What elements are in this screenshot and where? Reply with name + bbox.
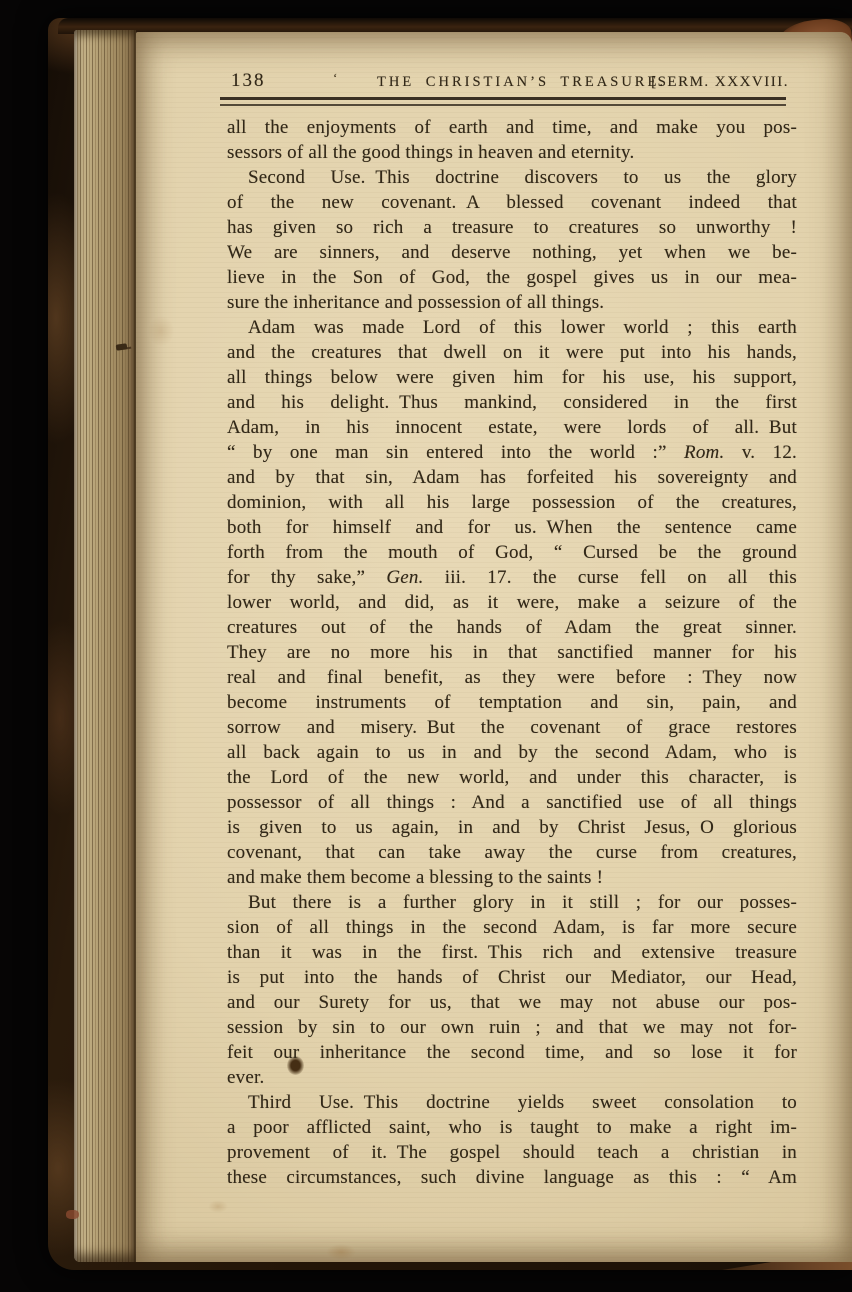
text-line: and make them become a blessing to the s…: [227, 865, 797, 890]
text-line: all the enjoyments of earth and time, an…: [227, 115, 797, 140]
text-line: than it was in the first. This rich and …: [227, 940, 797, 965]
text-line: has given so rich a treasure to creature…: [227, 215, 797, 240]
text-line: Adam, in his innocent estate, were lords…: [227, 415, 797, 440]
fore-edge-page-stack: [74, 30, 136, 1262]
running-title: THE CHRISTIAN’S TREASURE.: [377, 74, 666, 91]
book-cover: 138 ‘ THE CHRISTIAN’S TREASURE. [SERM. X…: [48, 18, 852, 1270]
edge-red-speck: [66, 1210, 79, 1219]
text-line: and the creatures that dwell on it were …: [227, 340, 797, 365]
text-line: both for himself and for us. When the se…: [227, 515, 797, 540]
text-line: a poor afflicted saint, who is taught to…: [227, 1115, 797, 1140]
text-line: sion of all things in the second Adam, i…: [227, 915, 797, 940]
text-line: all things below were given him for his …: [227, 365, 797, 390]
text-line: sessors of all the good things in heaven…: [227, 140, 797, 165]
text-line: covenant, that can take away the curse f…: [227, 840, 797, 865]
header-double-rule: [220, 97, 786, 106]
book-scan-scene: 138 ‘ THE CHRISTIAN’S TREASURE. [SERM. X…: [0, 0, 852, 1292]
text-line: forth from the mouth of God, “ Cursed be…: [227, 540, 797, 565]
text-line: But there is a further glory in it still…: [227, 890, 797, 915]
foxing-stain: [148, 316, 174, 346]
text-line: the Lord of the new world, and under thi…: [227, 765, 797, 790]
text-line: of the new covenant. A blessed covenant …: [227, 190, 797, 215]
text-line: session by sin to our own ruin ; and tha…: [227, 1015, 797, 1040]
text-line: and by that sin, Adam has forfeited his …: [227, 465, 797, 490]
text-line: Third Use. This doctrine yields sweet co…: [227, 1090, 797, 1115]
text-line: ever.: [227, 1065, 797, 1090]
printed-text-block: 138 ‘ THE CHRISTIAN’S TREASURE. [SERM. X…: [227, 66, 797, 1190]
text-line: feit our inheritance the second time, an…: [227, 1040, 797, 1065]
body-text: all the enjoyments of earth and time, an…: [227, 115, 797, 1190]
text-line: for thy sake,” Gen. iii. 17. the curse f…: [227, 565, 797, 590]
text-line: Adam was made Lord of this lower world ;…: [227, 315, 797, 340]
text-line: real and final benefit, as they were bef…: [227, 665, 797, 690]
text-line: lower world, and did, as it were, make a…: [227, 590, 797, 615]
text-line: “ by one man sin entered into the world …: [227, 440, 797, 465]
book-page: 138 ‘ THE CHRISTIAN’S TREASURE. [SERM. X…: [136, 32, 852, 1262]
stray-print-mark: ‘: [333, 70, 337, 86]
text-line: provement of it. The gospel should teach…: [227, 1140, 797, 1165]
text-line: is given to us again, in and by Christ J…: [227, 815, 797, 840]
text-line: We are sinners, and deserve nothing, yet…: [227, 240, 797, 265]
text-line: dominion, with all his large possession …: [227, 490, 797, 515]
text-line: all back again to us in and by the secon…: [227, 740, 797, 765]
text-line: these circumstances, such divine languag…: [227, 1165, 797, 1190]
soft-stain: [208, 1200, 228, 1213]
page-number: 138: [231, 70, 266, 92]
text-line: sure the inheritance and possession of a…: [227, 290, 797, 315]
text-line: lieve in the Son of God, the gospel give…: [227, 265, 797, 290]
sermon-number-label: [SERM. XXXVIII.: [651, 74, 789, 91]
text-line: Second Use. This doctrine discovers to u…: [227, 165, 797, 190]
running-header: 138 ‘ THE CHRISTIAN’S TREASURE. [SERM. X…: [227, 66, 797, 92]
text-line: become instruments of temptation and sin…: [227, 690, 797, 715]
text-line: They are no more his in that sanctified …: [227, 640, 797, 665]
text-line: and our Surety for us, that we may not a…: [227, 990, 797, 1015]
text-line: is put into the hands of Christ our Medi…: [227, 965, 797, 990]
text-line: creatures out of the hands of Adam the g…: [227, 615, 797, 640]
text-line: sorrow and misery. But the covenant of g…: [227, 715, 797, 740]
soft-stain: [326, 1244, 356, 1260]
text-line: possessor of all things : And a sanctifi…: [227, 790, 797, 815]
text-line: and his delight. Thus mankind, considere…: [227, 390, 797, 415]
